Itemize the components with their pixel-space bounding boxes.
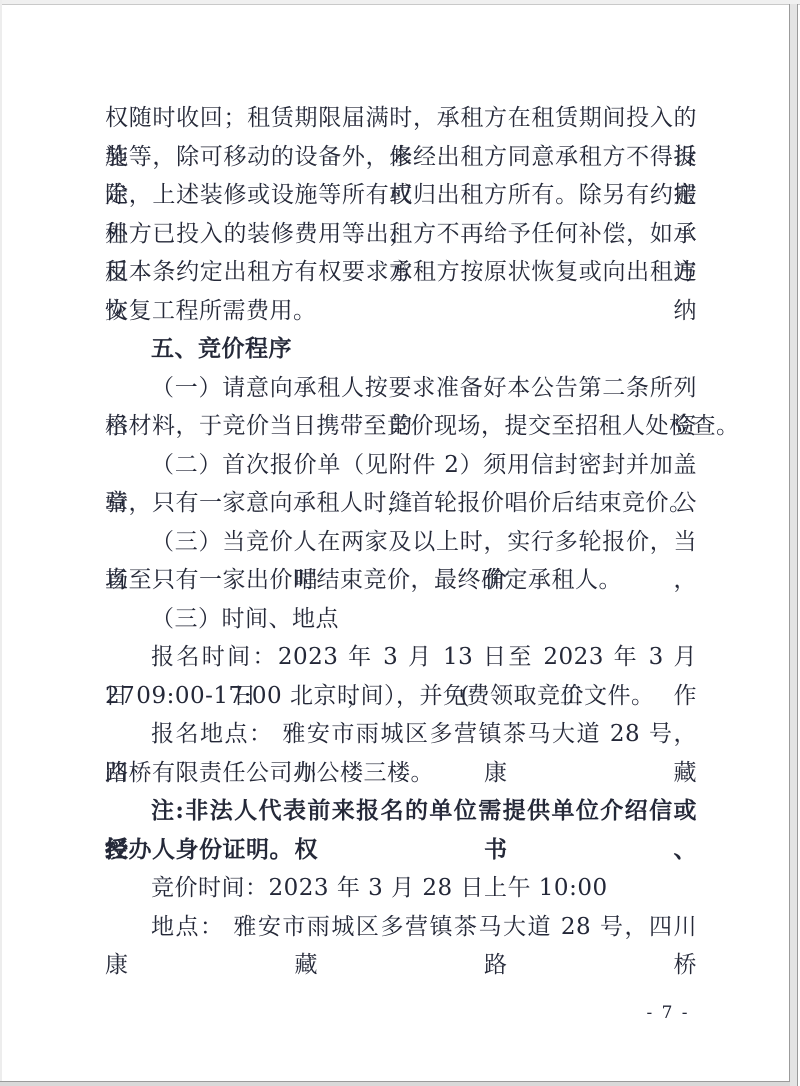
text-line: 权随时收回；租赁期限届满时，承租方在租赁期间投入的装修设 [105,99,697,138]
text-line: 章，只有一家意向承租人时，首轮报价唱价后结束竞价。 [105,484,697,523]
text-line: 五、竞价程序 [105,330,697,369]
text-line: 地点： 雅安市雨城区多营镇茶马大道 28 号，四川康藏路桥 [105,908,697,947]
text-line: 走，上述装修或设施等所有权归出租方所有。除另有约定外，承 [105,176,697,215]
page-body-text: 权随时收回；租赁期限届满时，承租方在租赁期间投入的装修设施等，除可移动的设备外，… [105,99,697,946]
text-line: （一）请意向承租人按要求准备好本公告第二条所列示的资 [105,369,697,408]
text-line: 租方已投入的装修费用等出租方不再给予任何补偿，如承租方违 [105,215,697,254]
text-line: 报名地点： 雅安市雨城区多营镇茶马大道 28 号，四川康藏 [105,715,697,754]
text-line: 格材料，于竞价当日携带至竞价现场，提交至招租人处检查。 [105,407,697,446]
viewer-left-edge [0,0,2,1086]
text-line: 注:非法人代表前来报名的单位需提供单位介绍信或授权书、 [105,792,697,831]
text-line: （三）时间、地点 [105,600,697,639]
viewer-top-edge [0,0,800,5]
text-line: 竞价时间：2023 年 3 月 28 日上午 10:00 [105,869,697,908]
viewer-bottom-edge [0,1081,790,1086]
page-right-edge-strip [789,4,798,1086]
document-viewer: { "colors": { "text": "#242838", "page_b… [0,0,800,1086]
page-number: - 7 - [600,1001,736,1025]
text-line: 报名时间：2023 年 3 月 13 日至 2023 年 3 月 27 日，(工… [105,638,697,677]
text-line: （二）首次报价单（见附件 2）须用信封密封并加盖骑缝公 [105,446,697,485]
text-line: 反本条约定出租方有权要求承租方按原状恢复或向出租方交纳 [105,253,697,292]
text-line: 直至只有一家出价时结束竞价，最终确定承租人。 [105,561,697,600]
text-line: （三）当竞价人在两家及以上时，实行多轮报价，当场唱价， [105,523,697,562]
text-line: 施等，除可移动的设备外，未经出租方同意承租方不得拆除或搬 [105,138,697,177]
text-line: 日 09:00-17:00 北京时间），并免费领取竞价文件。 [105,677,697,716]
